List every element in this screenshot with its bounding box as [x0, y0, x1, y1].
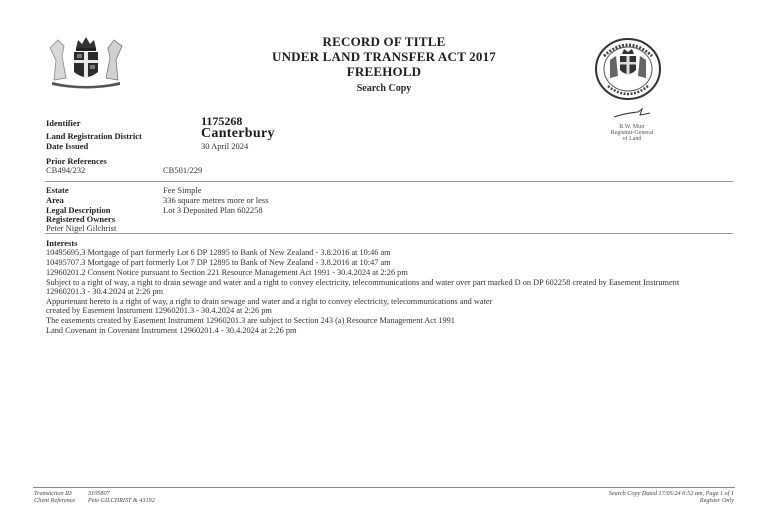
interest-item: 10495707.3 Mortgage of part formerly Lot… — [46, 258, 736, 267]
estate-value: Fee Simple — [163, 185, 201, 195]
interest-item: The easements created by Easement Instru… — [46, 316, 736, 325]
district-value: Canterbury — [201, 127, 275, 141]
interest-item: 10495695.3 Mortgage of part formerly Lot… — [46, 248, 736, 257]
transaction-id-value: 3105807 — [88, 490, 110, 497]
area-value: 336 square metres more or less — [163, 195, 269, 205]
nz-coat-of-arms-icon — [44, 34, 128, 90]
legal-description-value: Lot 3 Deposited Plan 602258 — [163, 205, 263, 215]
prior-reference: CB501/229 — [163, 165, 202, 175]
search-copy-subtitle: Search Copy — [200, 82, 568, 95]
registered-owner: Peter Nigel Gilchrist — [46, 223, 116, 233]
title-line-2: UNDER LAND TRANSFER ACT 2017 — [200, 49, 568, 64]
footer-divider — [33, 487, 735, 488]
signature-icon — [612, 107, 652, 119]
registrar-general-seal-icon — [592, 36, 664, 108]
district-label: Land Registration District — [46, 131, 142, 141]
interest-item: Land Covenant in Covenant Instrument 129… — [46, 326, 736, 335]
divider — [45, 233, 733, 234]
title-line-1: RECORD OF TITLE — [200, 34, 568, 49]
register-only: Register Only — [700, 497, 734, 504]
identifier-label: Identifier — [46, 118, 80, 128]
search-copy-dated: Search Copy Dated 17/05/24 6:52 am, Page… — [609, 490, 734, 497]
date-issued-value: 30 April 2024 — [201, 141, 248, 151]
transaction-id-label: Transaction ID — [34, 490, 72, 497]
interest-item: 12960201.2 Consent Notice pursuant to Se… — [46, 268, 736, 277]
area-label: Area — [46, 195, 64, 205]
divider — [45, 181, 733, 182]
interests-label: Interests — [46, 238, 77, 248]
date-issued-label: Date Issued — [46, 141, 88, 151]
interest-item: Subject to a right of way, a right to dr… — [46, 278, 696, 297]
client-reference-label: Client Reference — [34, 497, 75, 504]
client-reference-value: Pete GILCHRIST & 43192 — [88, 497, 155, 504]
registrar-signature: R.W. Muir Registrar-General of Land — [598, 106, 666, 142]
estate-label: Estate — [46, 185, 69, 195]
prior-reference: CB494/232 — [46, 165, 85, 175]
interest-item: Appurtenant hereto is a right of way, a … — [46, 297, 501, 316]
title-line-3: FREEHOLD — [200, 64, 568, 79]
document-title: RECORD OF TITLE UNDER LAND TRANSFER ACT … — [200, 34, 568, 95]
signatory-title-2: of Land — [598, 136, 666, 142]
